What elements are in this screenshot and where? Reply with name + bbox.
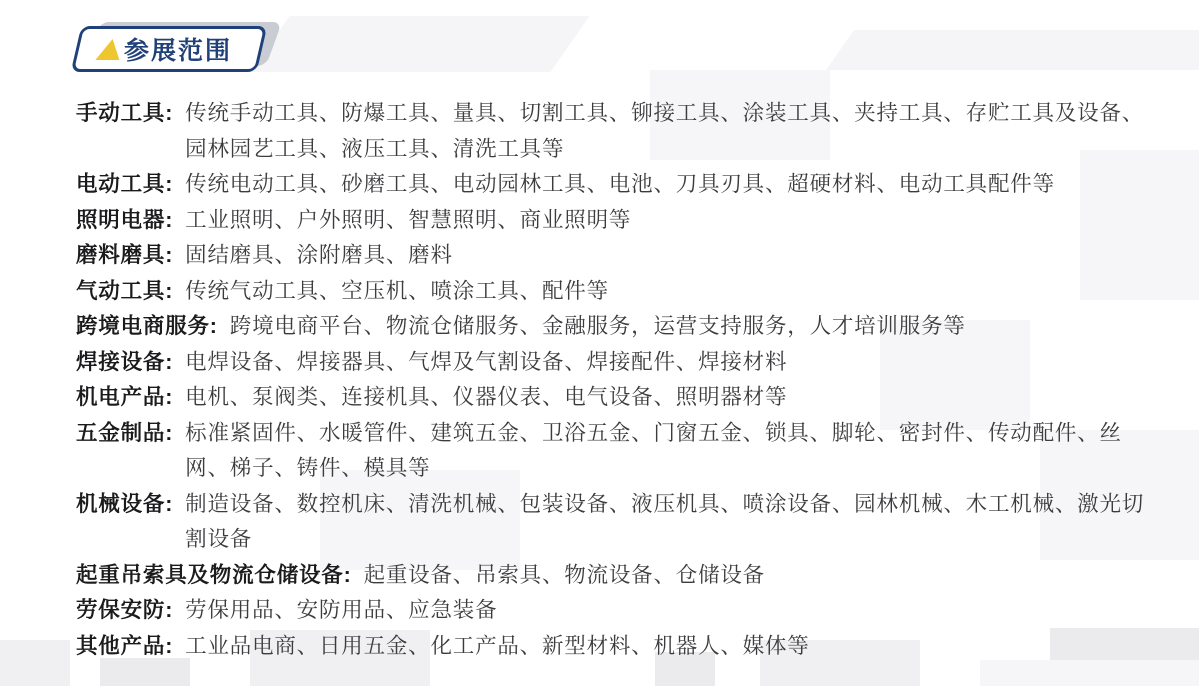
section-title-badge: 参展范围 — [71, 26, 268, 72]
category-row: 磨料磨具:固结磨具、涂附磨具、磨料 — [76, 238, 1154, 274]
category-items: 标准紧固件、水暖管件、建筑五金、卫浴五金、门窗五金、锁具、脚轮、密封件、传动配件… — [185, 416, 1154, 487]
category-label: 跨境电商服务: — [76, 309, 218, 345]
category-row: 其他产品:工业品电商、日用五金、化工产品、新型材料、机器人、媒体等 — [76, 629, 1154, 665]
category-items: 跨境电商平台、物流仓储服务、金融服务，运营支持服务，人才培训服务等 — [230, 309, 1154, 345]
category-items: 劳保用品、安防用品、应急装备 — [185, 593, 1154, 629]
category-label: 气动工具: — [76, 274, 173, 310]
category-label: 机械设备: — [76, 487, 173, 523]
category-label: 机电产品: — [76, 380, 173, 416]
category-items: 工业品电商、日用五金、化工产品、新型材料、机器人、媒体等 — [185, 629, 1154, 665]
category-items: 电机、泵阀类、连接机具、仪器仪表、电气设备、照明器材等 — [185, 380, 1154, 416]
badge-content: 参展范围 — [79, 29, 259, 69]
brochure-page: 参展范围 手动工具:传统手动工具、防爆工具、量具、切割工具、铆接工具、涂装工具、… — [0, 0, 1199, 686]
category-label: 电动工具: — [76, 167, 173, 203]
category-items: 电焊设备、焊接器具、气焊及气割设备、焊接配件、焊接材料 — [185, 345, 1154, 381]
background-tile — [826, 30, 1199, 70]
category-label: 焊接设备: — [76, 345, 173, 381]
category-items: 工业照明、户外照明、智慧照明、商业照明等 — [185, 203, 1154, 239]
category-row: 跨境电商服务:跨境电商平台、物流仓储服务、金融服务，运营支持服务，人才培训服务等 — [76, 309, 1154, 345]
category-items: 传统气动工具、空压机、喷涂工具、配件等 — [185, 274, 1154, 310]
category-row: 机电产品:电机、泵阀类、连接机具、仪器仪表、电气设备、照明器材等 — [76, 380, 1154, 416]
category-row: 起重吊索具及物流仓储设备:起重设备、吊索具、物流设备、仓储设备 — [76, 558, 1154, 594]
category-row: 气动工具:传统气动工具、空压机、喷涂工具、配件等 — [76, 274, 1154, 310]
category-items: 起重设备、吊索具、物流设备、仓储设备 — [364, 558, 1154, 594]
category-row: 手动工具:传统手动工具、防爆工具、量具、切割工具、铆接工具、涂装工具、夹持工具、… — [76, 96, 1154, 167]
category-row: 焊接设备:电焊设备、焊接器具、气焊及气割设备、焊接配件、焊接材料 — [76, 345, 1154, 381]
category-label: 起重吊索具及物流仓储设备: — [76, 558, 352, 594]
category-items: 传统手动工具、防爆工具、量具、切割工具、铆接工具、涂装工具、夹持工具、存贮工具及… — [185, 96, 1154, 167]
category-items: 制造设备、数控机床、清洗机械、包装设备、液压机具、喷涂设备、园林机械、木工机械、… — [185, 487, 1154, 558]
category-label: 劳保安防: — [76, 593, 173, 629]
category-label: 手动工具: — [76, 96, 173, 132]
category-list: 手动工具:传统手动工具、防爆工具、量具、切割工具、铆接工具、涂装工具、夹持工具、… — [76, 96, 1154, 664]
category-items: 固结磨具、涂附磨具、磨料 — [185, 238, 1154, 274]
background-tile — [0, 640, 70, 686]
category-items: 传统电动工具、砂磨工具、电动园林工具、电池、刀具刃具、超硬材料、电动工具配件等 — [185, 167, 1154, 203]
category-row: 劳保安防:劳保用品、安防用品、应急装备 — [76, 593, 1154, 629]
category-row: 电动工具:传统电动工具、砂磨工具、电动园林工具、电池、刀具刃具、超硬材料、电动工… — [76, 167, 1154, 203]
category-label: 五金制品: — [76, 416, 173, 452]
section-header: 参展范围 — [76, 24, 336, 80]
category-row: 照明电器:工业照明、户外照明、智慧照明、商业照明等 — [76, 203, 1154, 239]
category-label: 磨料磨具: — [76, 238, 173, 274]
triangle-icon — [95, 39, 124, 60]
section-title: 参展范围 — [124, 31, 232, 67]
category-row: 五金制品:标准紧固件、水暖管件、建筑五金、卫浴五金、门窗五金、锁具、脚轮、密封件… — [76, 416, 1154, 487]
category-row: 机械设备:制造设备、数控机床、清洗机械、包装设备、液压机具、喷涂设备、园林机械、… — [76, 487, 1154, 558]
category-label: 其他产品: — [76, 629, 173, 665]
category-label: 照明电器: — [76, 203, 173, 239]
